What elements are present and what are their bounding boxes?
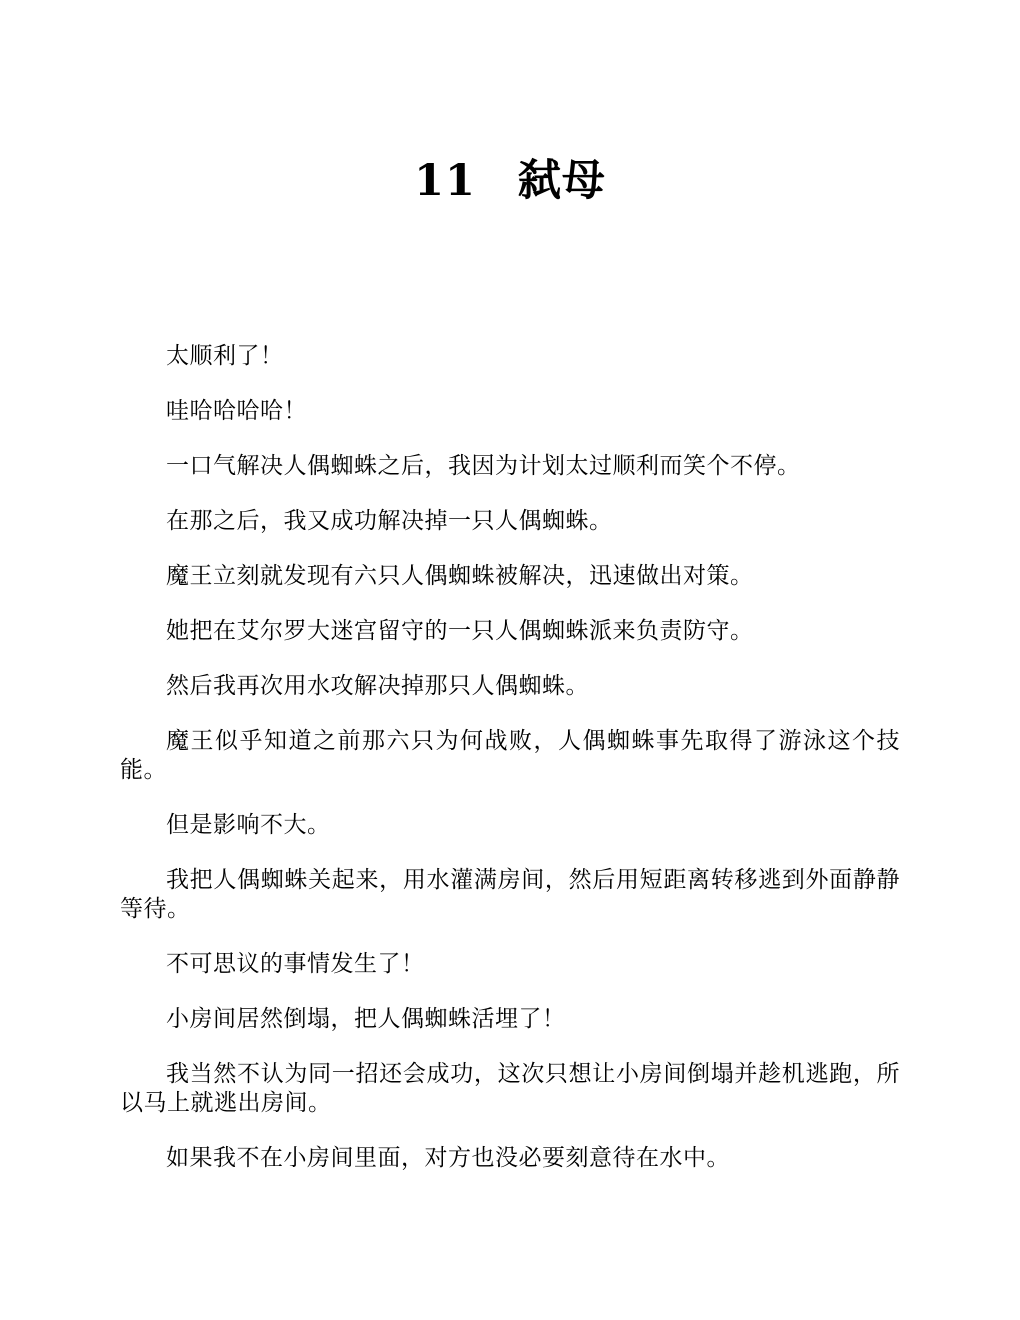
paragraph: 太顺利了！: [120, 342, 900, 371]
paragraph: 哇哈哈哈哈！: [120, 397, 900, 426]
paragraph: 在那之后，我又成功解决掉一只人偶蜘蛛。: [120, 507, 900, 536]
chapter-heading: 11弑母: [0, 160, 1020, 203]
paragraph: 我当然不认为同一招还会成功，这次只想让小房间倒塌并趁机逃跑，所以马上就逃出房间。: [120, 1060, 900, 1118]
chapter-body: 太顺利了！哇哈哈哈哈！一口气解决人偶蜘蛛之后，我因为计划太过顺利而笑个不停。在那…: [120, 342, 900, 1173]
paragraph: 然后我再次用水攻解决掉那只人偶蜘蛛。: [120, 672, 900, 701]
paragraph: 她把在艾尔罗大迷宫留守的一只人偶蜘蛛派来负责防守。: [120, 617, 900, 646]
paragraph: 魔王立刻就发现有六只人偶蜘蛛被解决，迅速做出对策。: [120, 562, 900, 591]
paragraph: 一口气解决人偶蜘蛛之后，我因为计划太过顺利而笑个不停。: [120, 452, 900, 481]
paragraph: 如果我不在小房间里面，对方也没必要刻意待在水中。: [120, 1144, 900, 1173]
paragraph: 不可思议的事情发生了！: [120, 950, 900, 979]
paragraph: 我把人偶蜘蛛关起来，用水灌满房间，然后用短距离转移逃到外面静静等待。: [120, 866, 900, 924]
paragraph: 魔王似乎知道之前那六只为何战败，人偶蜘蛛事先取得了游泳这个技能。: [120, 727, 900, 785]
chapter-title: 弑母: [518, 156, 606, 206]
paragraph: 但是影响不大。: [120, 811, 900, 840]
paragraph: 小房间居然倒塌，把人偶蜘蛛活埋了！: [120, 1005, 900, 1034]
document-page: 11弑母 太顺利了！哇哈哈哈哈！一口气解决人偶蜘蛛之后，我因为计划太过顺利而笑个…: [0, 0, 1020, 1320]
chapter-number: 11: [414, 160, 476, 203]
